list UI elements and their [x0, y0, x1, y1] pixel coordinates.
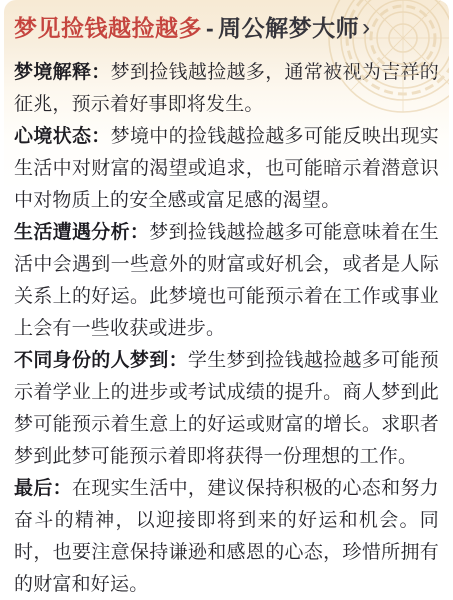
dream-interpretation-card: 梦见捡钱越捡越多-周公解梦大师› 梦境解释：梦到捡钱越捡越多，通常被视为吉祥的征…	[4, 0, 449, 600]
paragraph-text: 在现实生活中，建议保持积极的心态和努力奋斗的精神，以迎接即将到来的好运和机会。同…	[14, 478, 439, 595]
paragraph-life-analysis: 生活遭遇分析：梦到捡钱越捡越多可能意味着在生活中会遇到一些意外的财富或好机会，或…	[14, 217, 439, 345]
paragraph-label: 不同身份的人梦到：	[14, 350, 188, 371]
master-link[interactable]: 周公解梦大师›	[218, 15, 371, 41]
master-title: 周公解梦大师	[218, 15, 359, 41]
paragraph-mood-state: 心境状态：梦境中的捡钱越捡越多可能反映出现实生活中对财富的渴望或追求，也可能暗示…	[14, 121, 439, 217]
interpretation-content: 梦境解释：梦到捡钱越捡越多，通常被视为吉祥的征兆，预示着好事即将发生。 心境状态…	[14, 57, 439, 600]
paragraph-different-people: 不同身份的人梦到：学生梦到捡钱越捡越多可能预示着学业上的进步或考试成绩的提升。商…	[14, 345, 439, 473]
paragraph-label: 心境状态：	[14, 126, 111, 147]
chevron-right-icon[interactable]: ›	[362, 12, 371, 44]
card-header: 梦见捡钱越捡越多-周公解梦大师›	[14, 12, 439, 45]
paragraph-label: 生活遭遇分析：	[14, 222, 149, 243]
dream-interpretation-card-page: 梦见捡钱越捡越多-周公解梦大师› 梦境解释：梦到捡钱越捡越多，通常被视为吉祥的征…	[0, 0, 453, 600]
paragraph-dream-explanation: 梦境解释：梦到捡钱越捡越多，通常被视为吉祥的征兆，预示着好事即将发生。	[14, 57, 439, 121]
paragraph-final-advice: 最后：在现实生活中，建议保持积极的心态和努力奋斗的精神，以迎接即将到来的好运和机…	[14, 473, 439, 600]
title-separator: -	[206, 15, 214, 41]
paragraph-label: 梦境解释：	[14, 62, 111, 83]
dream-title: 梦见捡钱越捡越多	[14, 15, 202, 41]
paragraph-label: 最后：	[14, 478, 72, 499]
